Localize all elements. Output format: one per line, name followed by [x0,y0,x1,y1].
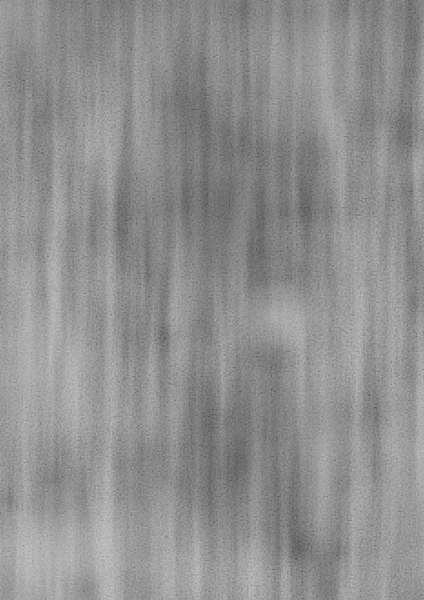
concrete-wall-photo [0,0,424,600]
texture-pore-layer [0,0,424,600]
concrete-texture-render [0,0,424,600]
